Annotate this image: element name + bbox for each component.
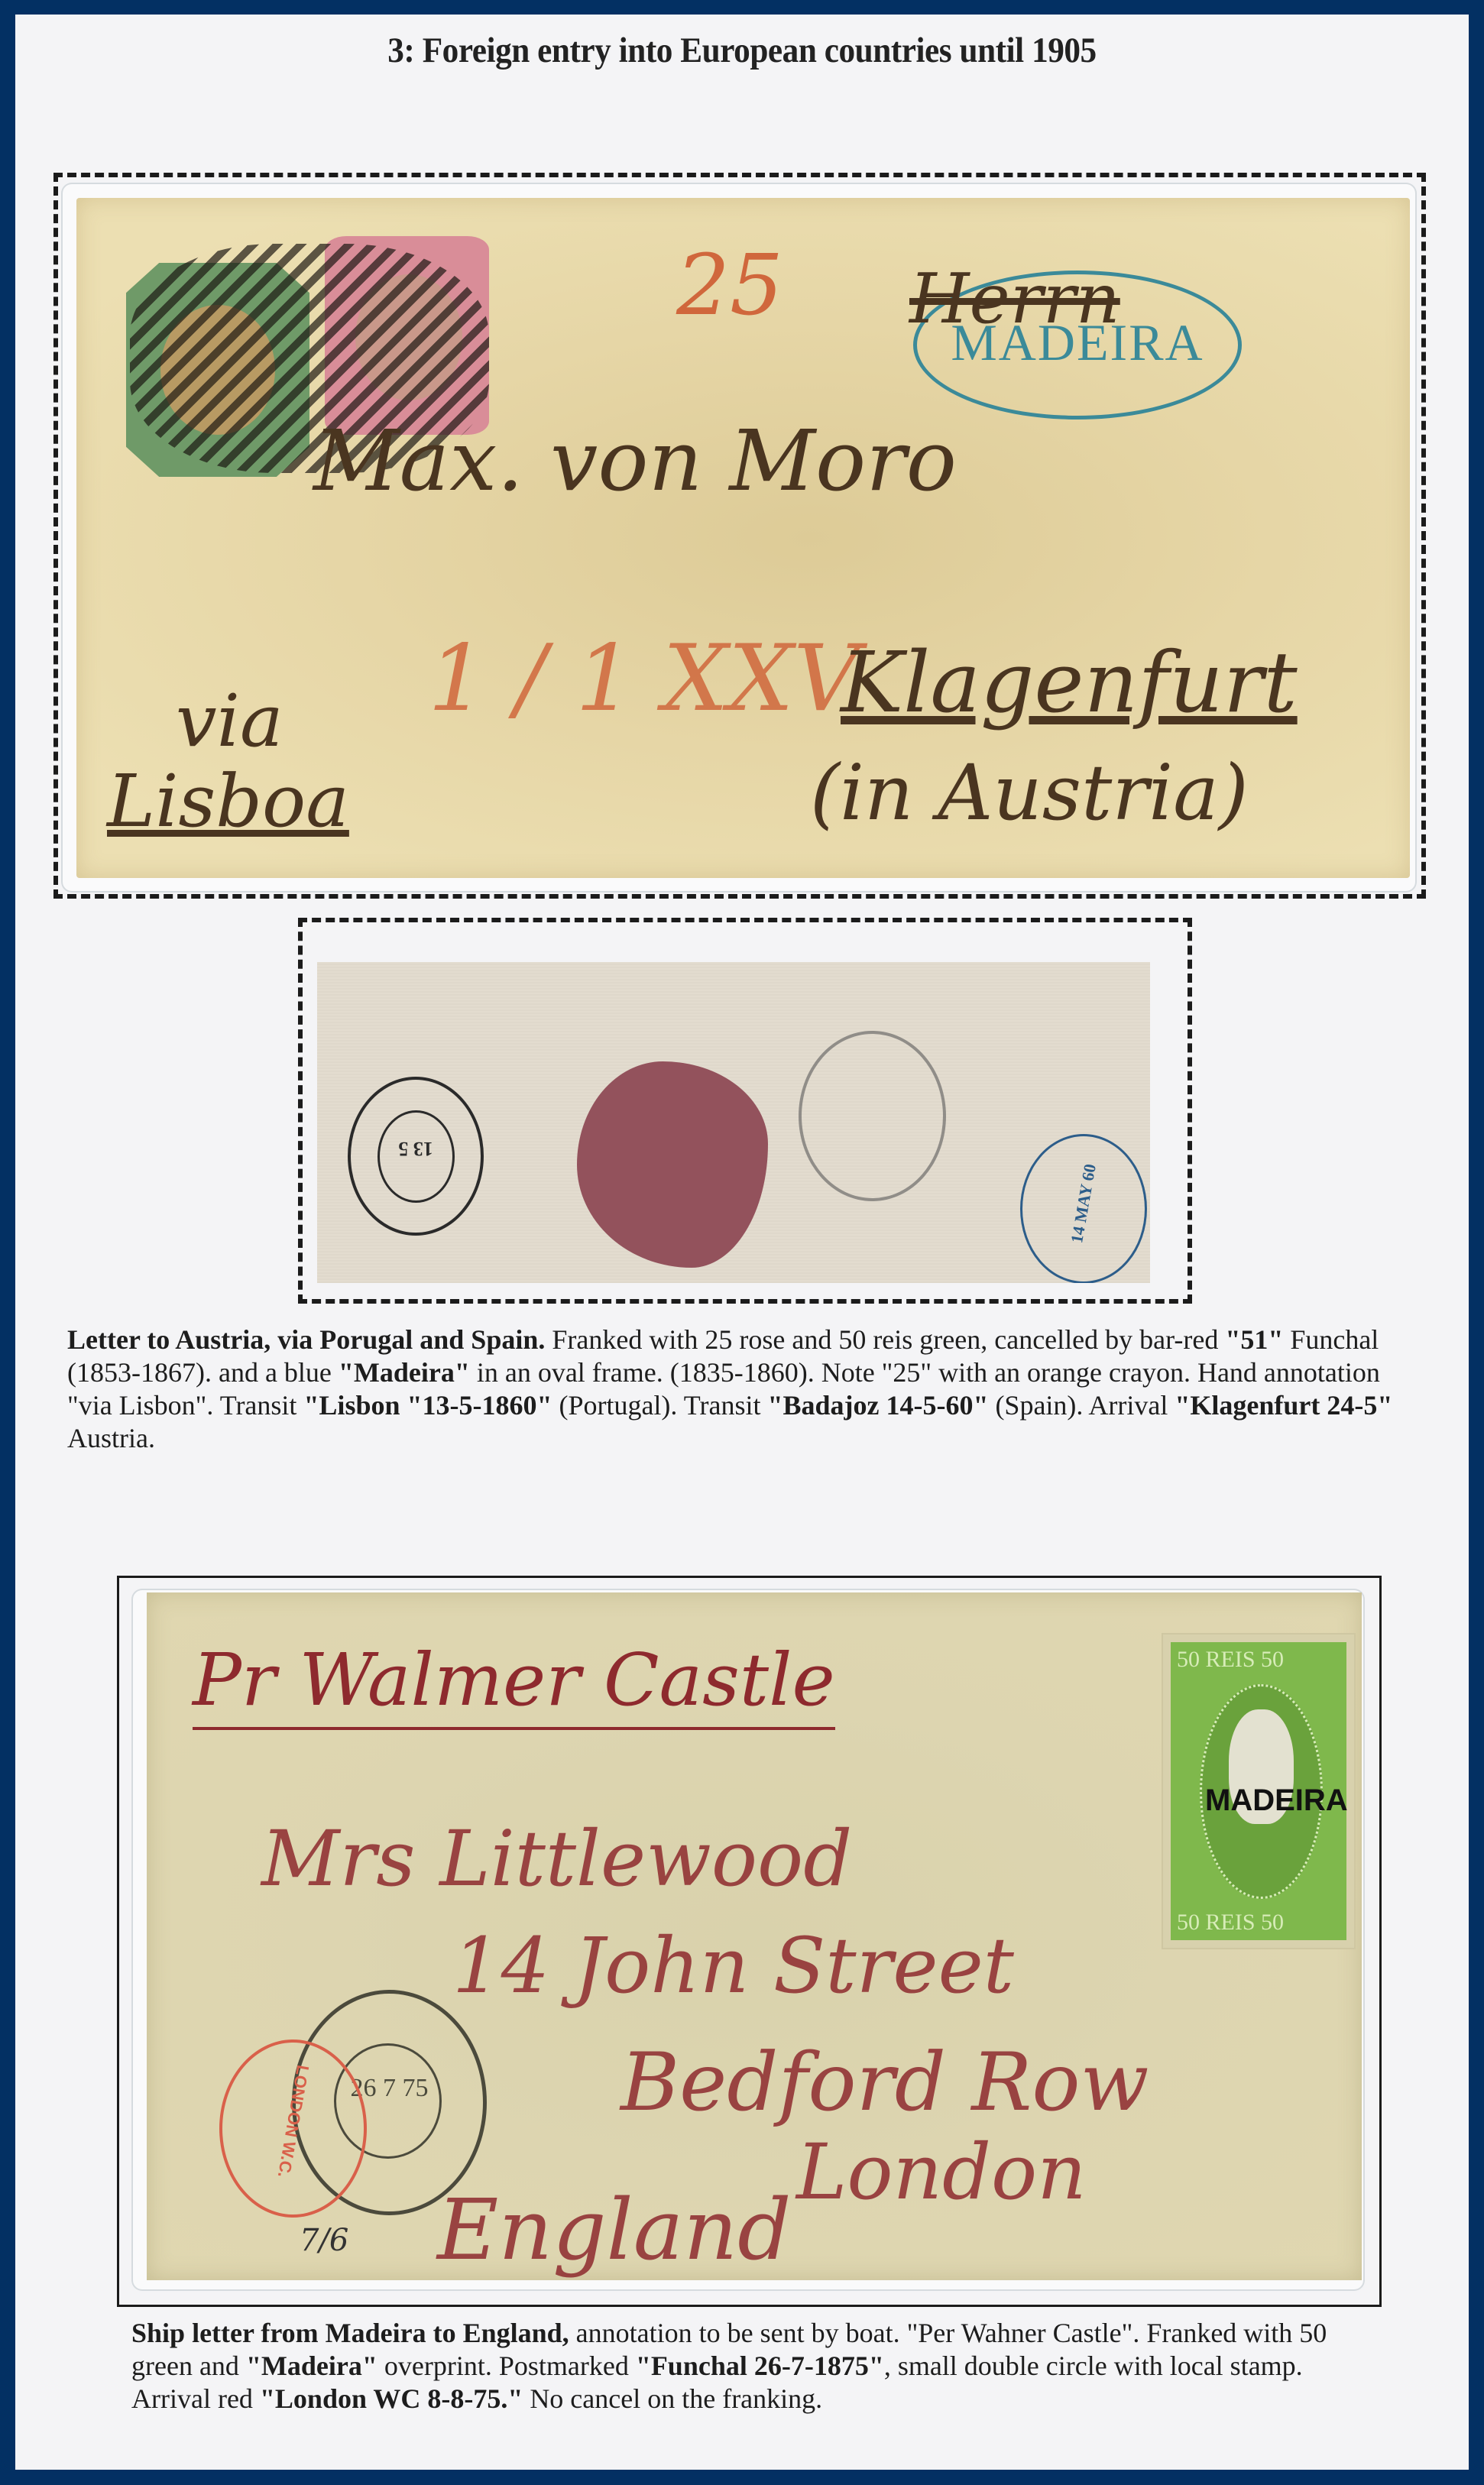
address-city: Klagenfurt xyxy=(841,633,1298,731)
page-title: 3: Foreign entry into European countries… xyxy=(73,30,1411,71)
postmark-london-wc: LONDON W.C. xyxy=(219,2040,367,2218)
stamp-value-bottom: 50 REIS 50 xyxy=(1177,1910,1284,1936)
stamp-overprint: MADEIRA xyxy=(1205,1784,1348,1818)
caption-bold: "Madeira" xyxy=(339,1357,470,1388)
caption-lead: Ship letter from Madeira to England, xyxy=(131,2318,569,2348)
postmark-lisboa: 13 5 xyxy=(348,1077,484,1236)
caption-text: (Portugal). Transit xyxy=(552,1390,767,1421)
charge-mark: 1 / 1 XXV xyxy=(428,626,860,732)
stamp-50-reis-madeira: 50 REIS 50 MADEIRA 50 REIS 50 xyxy=(1171,1642,1346,1940)
cover1-caption: Letter to Austria, via Porugal and Spain… xyxy=(67,1323,1412,1455)
caption-bold: "Lisbon "13-5-1860" xyxy=(303,1390,552,1421)
caption-text: No cancel on the franking. xyxy=(523,2383,822,2414)
caption-text: Franked with 25 rose and 50 reis green, … xyxy=(545,1324,1225,1355)
cover2-front: 50 REIS 50 MADEIRA 50 REIS 50 Pr Walmer … xyxy=(147,1592,1362,2280)
pencil-note: 7/6 xyxy=(300,2223,348,2258)
cover1-back: 13 5 14 MAY 60 xyxy=(317,962,1150,1283)
album-page: 3: Foreign entry into European countries… xyxy=(15,15,1469,2470)
address-street: 14 John Street xyxy=(452,1921,1014,2010)
address-salutation: Herrn xyxy=(909,259,1120,339)
address-country: England xyxy=(437,2181,792,2279)
caption-text: overprint. Postmarked xyxy=(377,2351,636,2381)
ship-annotation: Pr Walmer Castle xyxy=(193,1638,835,1730)
postmark-date: 13 5 xyxy=(351,1137,481,1160)
address-city: London xyxy=(796,2127,1087,2217)
caption-bold: "51" xyxy=(1225,1324,1283,1355)
caption-bold: "Klagenfurt 24-5" xyxy=(1175,1390,1392,1421)
stamp-value-top: 50 REIS 50 xyxy=(1177,1647,1284,1673)
postmark-date: 14 MAY 60 xyxy=(1063,1142,1103,1265)
postmark-transit xyxy=(799,1031,946,1201)
cover2-caption: Ship letter from Madeira to England, ann… xyxy=(131,2317,1369,2415)
crayon-rate: 25 xyxy=(676,236,783,334)
caption-text: (Spain). Arrival xyxy=(988,1390,1175,1421)
caption-bold: "London WC 8-8-75." xyxy=(260,2383,523,2414)
postmark-text: LONDON W.C. xyxy=(271,2050,316,2193)
wax-seal xyxy=(577,1061,768,1268)
cover1-front: 25 MADEIRA Herrn Max. von Moro 1 / 1 XXV… xyxy=(76,198,1410,878)
routing-lisboa: Lisboa xyxy=(107,760,349,844)
caption-bold: "Madeira" xyxy=(246,2351,377,2381)
routing-via: via xyxy=(176,679,284,763)
caption-text: Austria. xyxy=(67,1423,155,1453)
address-area: Bedford Row xyxy=(620,2036,1149,2129)
caption-lead: Letter to Austria, via Porugal and Spain… xyxy=(67,1324,545,1355)
postmark-badajoz: 14 MAY 60 xyxy=(1020,1134,1147,1283)
caption-bold: "Funchal 26-7-1875" xyxy=(636,2351,884,2381)
address-name: Max. von Moro xyxy=(313,412,957,510)
address-country: (in Austria) xyxy=(810,748,1249,838)
caption-bold: "Badajoz 14-5-60" xyxy=(767,1390,988,1421)
address-name: Mrs Littlewood xyxy=(261,1814,852,1903)
